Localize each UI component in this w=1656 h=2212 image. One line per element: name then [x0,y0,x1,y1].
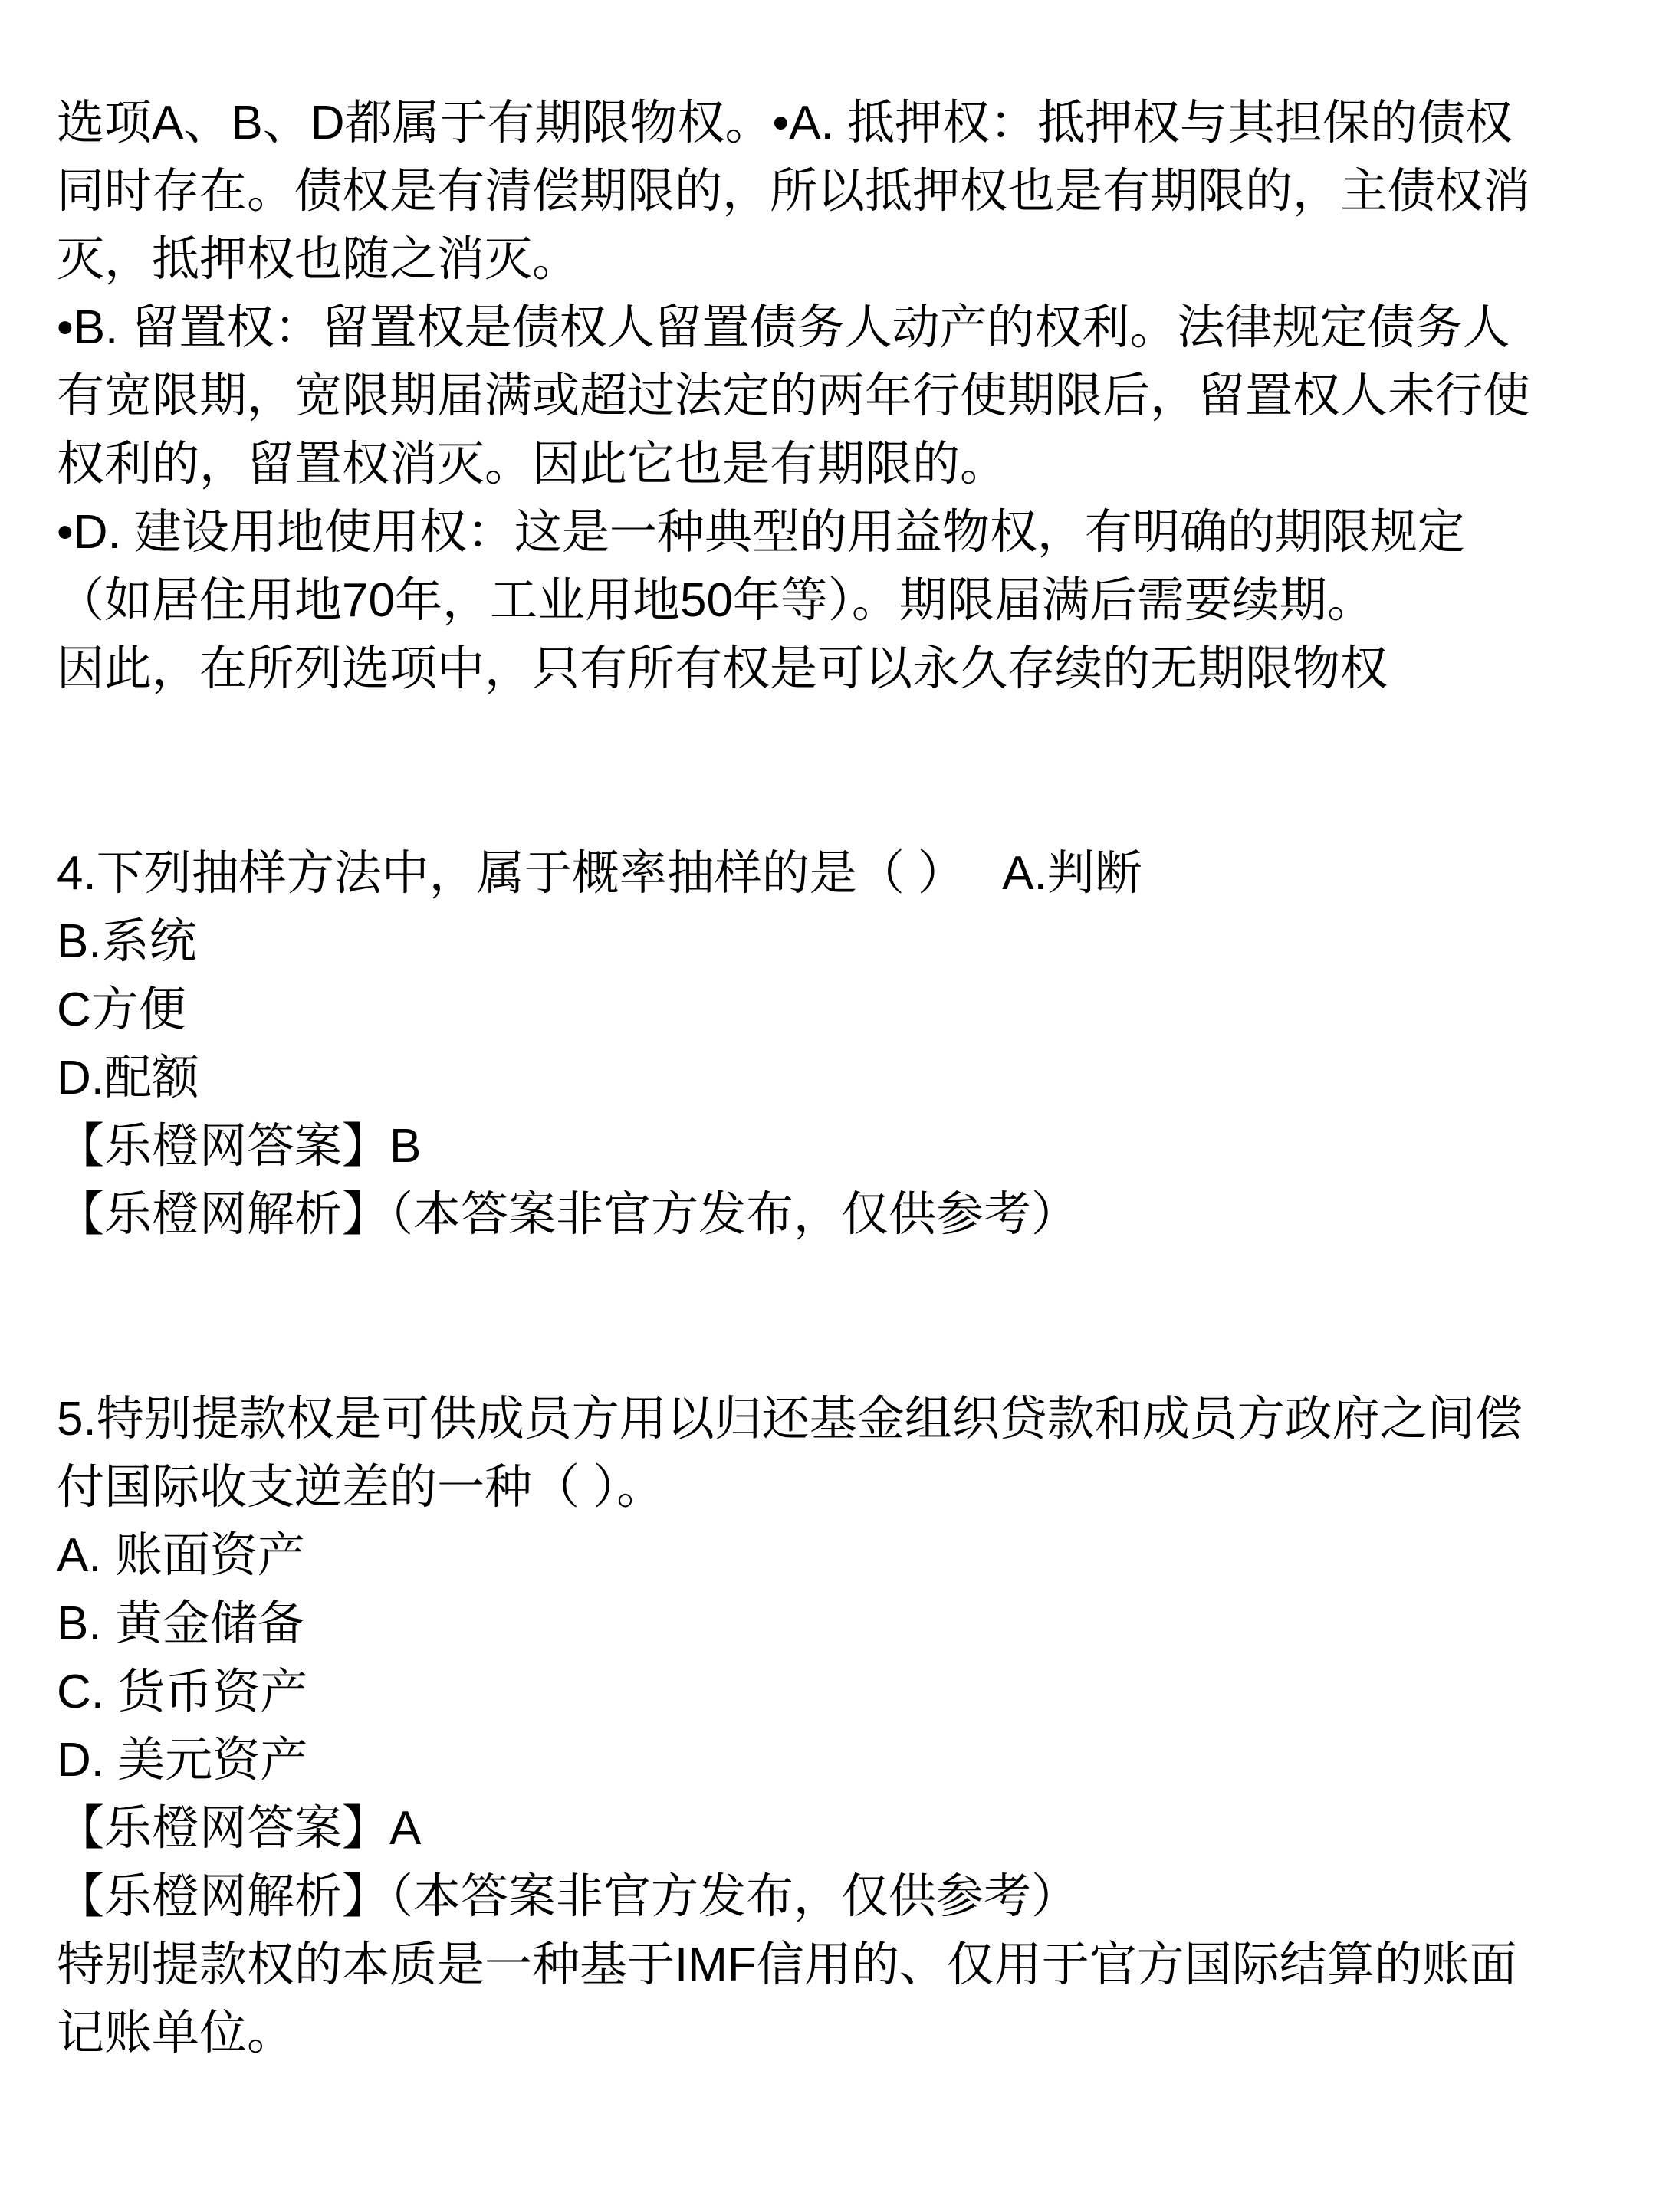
blank-line [57,1249,1633,1317]
text-line: （如居住用地70年，工业用地50年等）。期限届满后需要续期。 [57,566,1633,635]
blank-line [57,703,1633,771]
text-line: 灭，抵押权也随之消灭。 [57,225,1633,294]
text-line: 4.下列抽样方法中，属于概率抽样的是（ ） A.判断 [57,839,1633,907]
document-body: 选项A、B、D都属于有期限物权。•A. 抵押权：抵押权与其担保的债权同时存在。债… [57,89,1633,2067]
text-line: A. 账面资产 [57,1521,1633,1590]
text-line: 特别提款权的本质是一种基于IMF信用的、仅用于官方国际结算的账面 [57,1931,1633,1999]
text-line: C方便 [57,976,1633,1044]
text-line: •D. 建设用地使用权：这是一种典型的用益物权，有明确的期限规定 [57,498,1633,566]
section-question4: 4.下列抽样方法中，属于概率抽样的是（ ） A.判断B.系统C方便D.配额【乐橙… [57,839,1633,1249]
text-line: C. 货币资产 [57,1658,1633,1726]
text-line: 选项A、B、D都属于有期限物权。•A. 抵押权：抵押权与其担保的债权 [57,89,1633,157]
blank-line [57,771,1633,839]
section-question5: 5.特别提款权是可供成员方用以归还基金组织贷款和成员方政府之间偿付国际收支逆差的… [57,1385,1633,2067]
text-line: B.系统 [57,907,1633,976]
text-line: 因此，在所列选项中，只有所有权是可以永久存续的无期限物权 [57,635,1633,703]
text-line: D. 美元资产 [57,1726,1633,1794]
text-line: 记账单位。 [57,1999,1633,2067]
text-line: 同时存在。债权是有清偿期限的，所以抵押权也是有期限的，主债权消 [57,157,1633,225]
text-line: 5.特别提款权是可供成员方用以归还基金组织贷款和成员方政府之间偿 [57,1385,1633,1453]
text-line: 【乐橙网答案】B [57,1112,1633,1180]
text-line: 付国际收支逆差的一种（ ）。 [57,1453,1633,1521]
text-line: 【乐橙网答案】A [57,1794,1633,1862]
text-line: 权利的，留置权消灭。因此它也是有期限的。 [57,430,1633,498]
text-line: 【乐橙网解析】（本答案非官方发布，仅供参考） [57,1180,1633,1249]
text-line: B. 黄金储备 [57,1590,1633,1658]
section-question3-explanation: 选项A、B、D都属于有期限物权。•A. 抵押权：抵押权与其担保的债权同时存在。债… [57,89,1633,703]
text-line: D.配额 [57,1044,1633,1112]
text-line: 【乐橙网解析】（本答案非官方发布，仅供参考） [57,1862,1633,1931]
text-line: 有宽限期，宽限期届满或超过法定的两年行使期限后，留置权人未行使 [57,362,1633,430]
blank-line [57,1317,1633,1385]
text-line: •B. 留置权：留置权是债权人留置债务人动产的权利。法律规定债务人 [57,294,1633,362]
